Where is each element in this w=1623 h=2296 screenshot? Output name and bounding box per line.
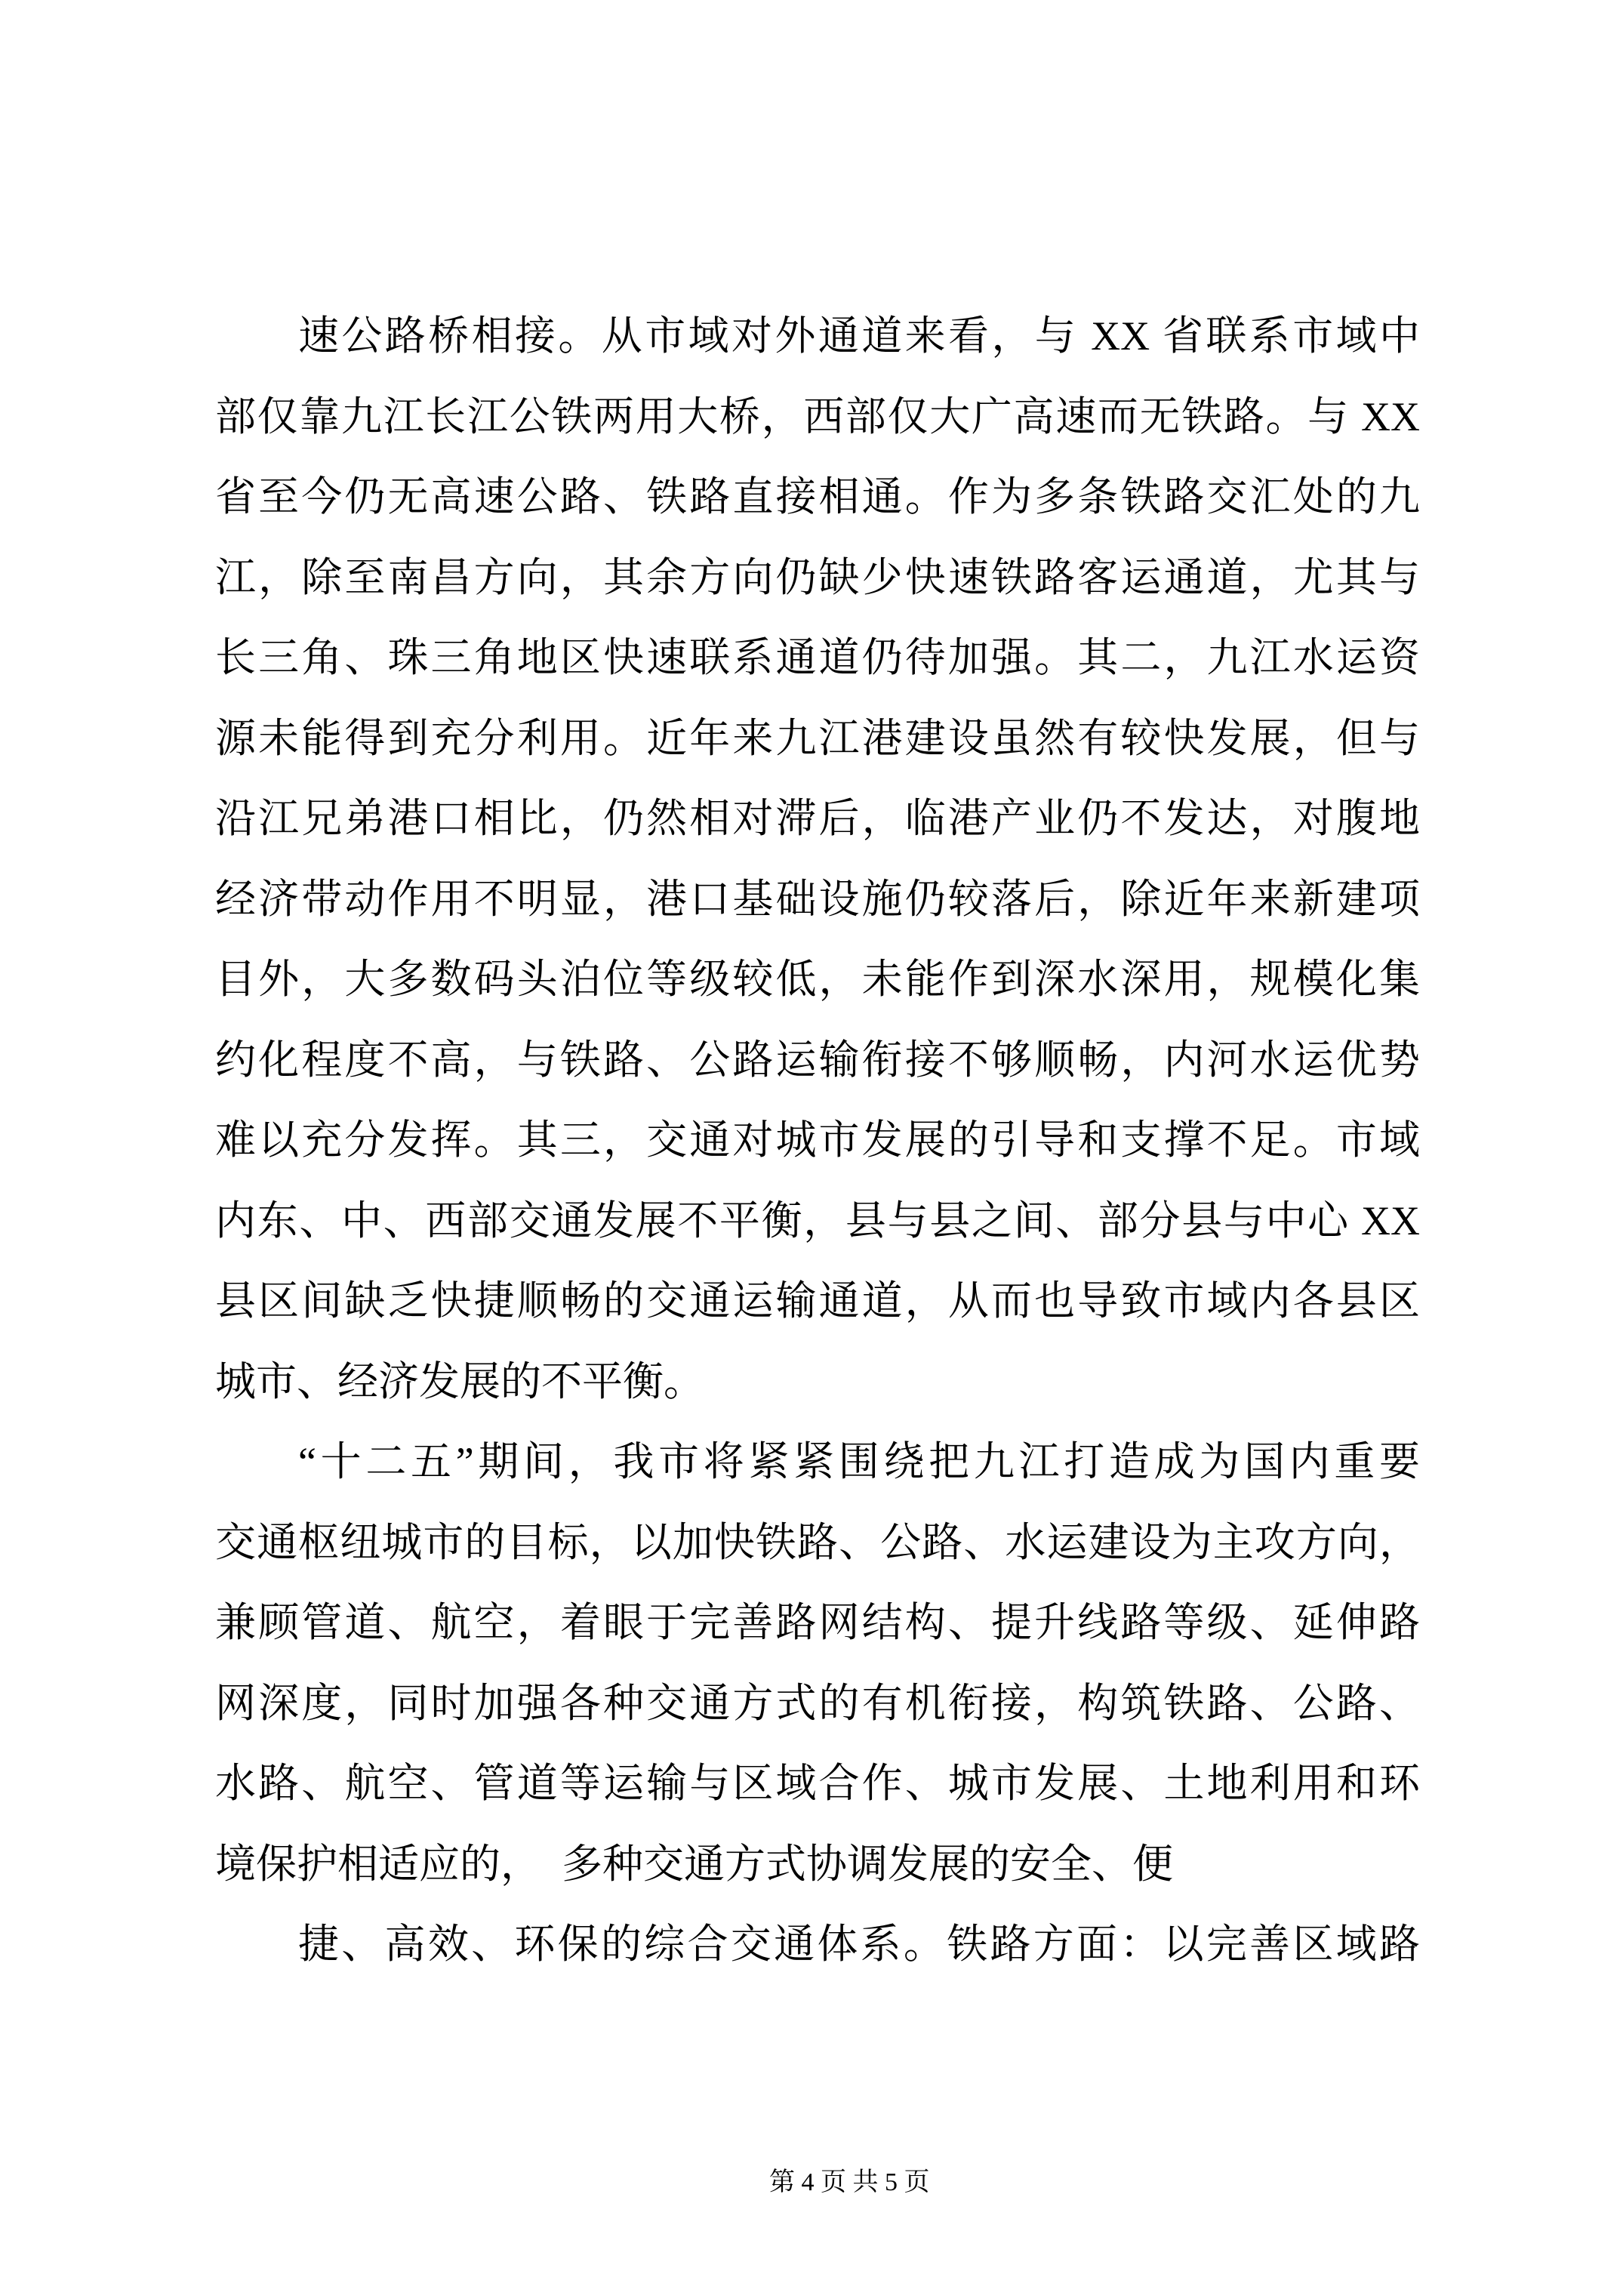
text-line: “十二五”期间，我市将紧紧围绕把九江打造成为国内重要 [215,1422,1420,1502]
text-line: 境保护相适应的， 多种交通方式协调发展的安全、便 [215,1824,1420,1905]
text-line: 捷、高效、环保的综合交通体系。铁路方面：以完善区域路 [215,1904,1420,1985]
text-line: 约化程度不高，与铁路、公路运输衔接不够顺畅，内河水运优势 [215,1020,1420,1101]
text-line: 经济带动作用不明显，港口基础设施仍较落后，除近年来新建项 [215,859,1420,940]
text-line: 县区间缺乏快捷顺畅的交通运输通道，从而也导致市域内各县区 [215,1261,1420,1342]
text-line: 目外，大多数码头泊位等级较低，未能作到深水深用，规模化集 [215,939,1420,1020]
text-line: 水路、航空、管道等运输与区域合作、城市发展、土地利用和环 [215,1743,1420,1824]
text-line: 长三角、珠三角地区快速联系通道仍待加强。其二，九江水运资 [215,618,1420,698]
text-line: 城市、经济发展的不平衡。 [215,1342,1420,1422]
text-line: 源未能得到充分利用。近年来九江港建设虽然有较快发展，但与 [215,698,1420,779]
text-line: 难以充分发挥。其三，交通对城市发展的引导和支撑不足。市域 [215,1100,1420,1181]
text-line: 江，除至南昌方向，其余方向仍缺少快速铁路客运通道，尤其与 [215,538,1420,618]
page-footer: 第 4 页 共 5 页 [744,2131,930,2165]
text-line: 省至今仍无高速公路、铁路直接相通。作为多条铁路交汇处的九 [215,457,1420,538]
text-line: 内东、中、西部交通发展不平衡，县与县之间、部分县与中心 XX [215,1181,1420,1262]
document-page: 速公路桥相接。从市域对外通道来看，与 XX 省联系市域中 部仅靠九江长江公铁两用… [0,0,1623,2296]
text-line: 交通枢纽城市的目标，以加快铁路、公路、水运建设为主攻方向， [215,1502,1420,1583]
text-line: 速公路桥相接。从市域对外通道来看，与 XX 省联系市域中 [215,296,1420,377]
page-number: 第 4 页 共 5 页 [769,2168,930,2196]
text-line: 网深度，同时加强各种交通方式的有机衔接，构筑铁路、公路、 [215,1663,1420,1744]
text-line: 兼顾管道、航空，着眼于完善路网结构、提升线路等级、延伸路 [215,1583,1420,1663]
document-body: 速公路桥相接。从市域对外通道来看，与 XX 省联系市域中 部仅靠九江长江公铁两用… [215,296,1420,1985]
text-line: 沿江兄弟港口相比，仍然相对滞后，临港产业仍不发达，对腹地 [215,778,1420,859]
text-line: 部仅靠九江长江公铁两用大桥，西部仅大广高速而无铁路。与 XX [215,377,1420,458]
